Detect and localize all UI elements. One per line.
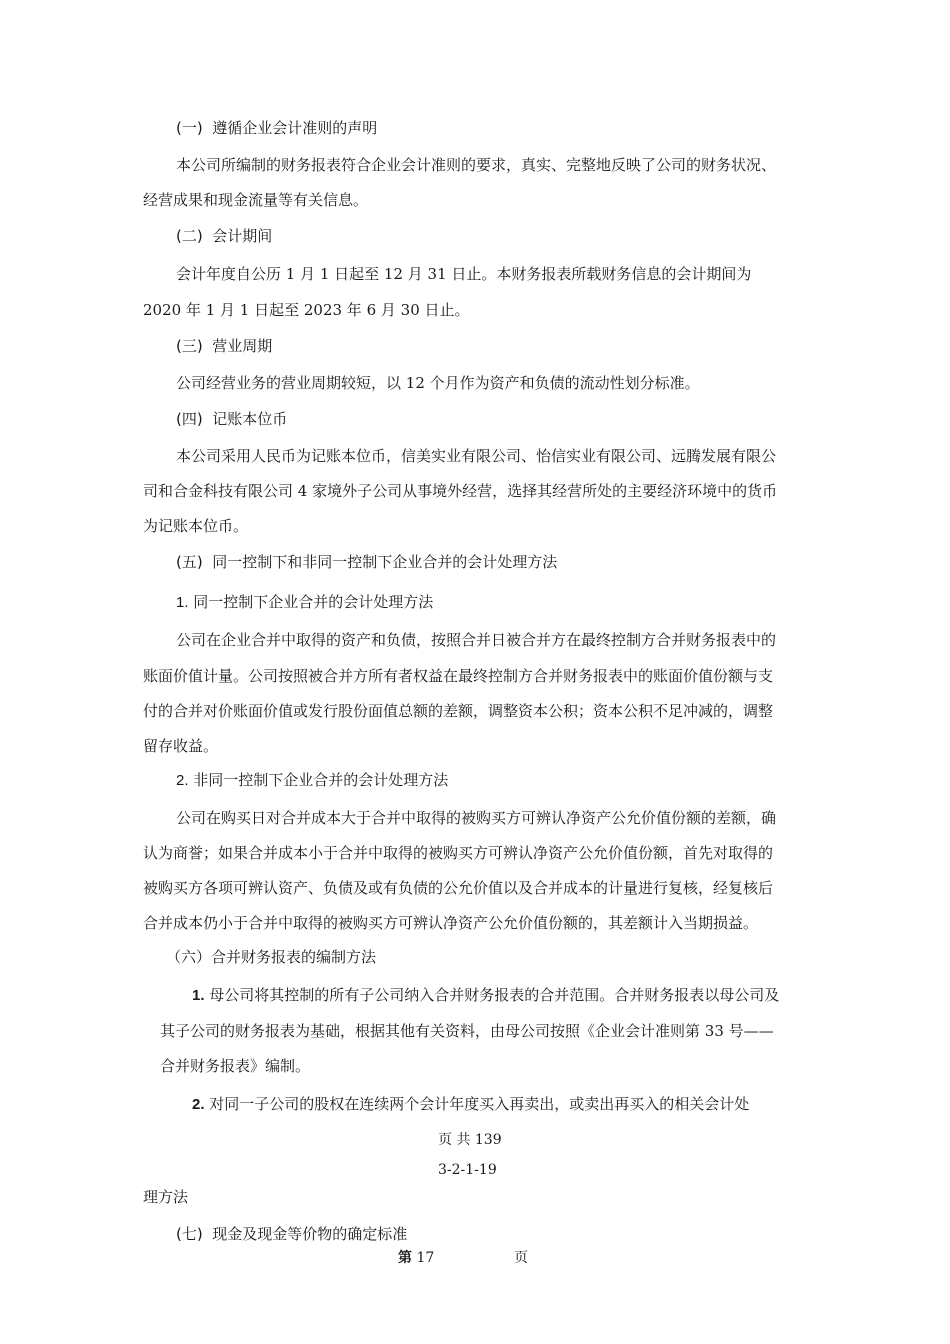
total-pages-stamp: 页 共 139 — [438, 1130, 502, 1150]
paragraph-line: 司和合金科技有限公司 4 家境外子公司从事境外经营，选择其经营所处的主要经济环境… — [143, 481, 777, 501]
heading-text: 记账本位币 — [212, 410, 287, 428]
item-text: 母公司将其控制的所有子公司纳入合并财务报表的合并范围。合并财务报表以母公司及 — [209, 986, 779, 1004]
paragraph-line: 付的合并对价账面价值或发行股份面值总额的差额，调整资本公积；资本公积不足冲减的，… — [143, 701, 773, 721]
heading-marker: (五) — [176, 553, 203, 571]
paragraph-line: 留存收益。 — [143, 736, 218, 756]
paragraph-line: 合并财务报表》编制。 — [160, 1056, 310, 1076]
section-heading-1: (一) 遵循企业会计准则的声明 — [176, 118, 377, 138]
paragraph-line: 认为商誉；如果合并成本小于合并中取得的被购买方可辨认净资产公允价值份额，首先对取… — [143, 843, 773, 863]
heading-text: 遵循企业会计准则的声明 — [212, 119, 377, 137]
item-marker: 1. — [192, 987, 205, 1004]
heading-marker: (七) — [176, 1225, 203, 1243]
item-marker: 2. — [192, 1096, 205, 1113]
subsection-marker: 1. — [176, 594, 189, 611]
paragraph-line: 理方法 — [143, 1187, 188, 1207]
section-heading-4: (四) 记账本位币 — [176, 409, 287, 429]
paragraph-line: 经营成果和现金流量等有关信息。 — [143, 190, 368, 210]
list-item-line: 2. 对同一子公司的股权在连续两个会计年度买入再卖出，或卖出再买入的相关会计处 — [192, 1094, 749, 1115]
heading-marker: (四) — [176, 410, 203, 428]
subsection-marker: 2. — [176, 772, 189, 789]
section-heading-3: (三) 营业周期 — [176, 336, 272, 356]
paragraph-line: 会计年度自公历 1 月 1 日起至 12 月 31 日止。本财务报表所载财务信息… — [176, 264, 751, 284]
paragraph-line: 本公司采用人民币为记账本位币，信美实业有限公司、怡信实业有限公司、远腾发展有限公 — [176, 446, 776, 466]
heading-marker: (二) — [176, 227, 203, 245]
paragraph-line: 本公司所编制的财务报表符合企业会计准则的要求，真实、完整地反映了公司的财务状况、 — [176, 155, 776, 175]
page-suffix: 页 — [514, 1248, 528, 1268]
paragraph-line: 2020 年 1 月 1 日起至 2023 年 6 月 30 日止。 — [143, 300, 470, 320]
page-prefix: 第 — [398, 1250, 412, 1266]
paragraph-line: 公司经营业务的营业周期较短，以 12 个月作为资产和负债的流动性划分标准。 — [176, 373, 700, 393]
paragraph-line: 公司在企业合并中取得的资产和负债，按照合并日被合并方在最终控制方合并财务报表中的 — [176, 630, 776, 650]
paragraph-line: 合并成本仍小于合并中取得的被购买方可辨认净资产公允价值份额的，其差额计入当期损益… — [143, 913, 758, 933]
paragraph-line: 账面价值计量。公司按照被合并方所有者权益在最终控制方合并财务报表中的账面价值份额… — [143, 666, 773, 686]
heading-text: 现金及现金等价物的确定标准 — [212, 1225, 407, 1243]
item-text: 对同一子公司的股权在连续两个会计年度买入再卖出，或卖出再买入的相关会计处 — [209, 1095, 749, 1113]
heading-marker: （六） — [166, 948, 211, 966]
subsection-heading-5-1: 1. 同一控制下企业合并的会计处理方法 — [176, 592, 433, 613]
page-number-value: 17 — [416, 1250, 434, 1266]
heading-text: 营业周期 — [212, 337, 272, 355]
heading-text: 同一控制下和非同一控制下企业合并的会计处理方法 — [212, 553, 557, 571]
heading-text: 合并财务报表的编制方法 — [211, 948, 376, 966]
heading-text: 会计期间 — [212, 227, 272, 245]
list-item-line: 1. 母公司将其控制的所有子公司纳入合并财务报表的合并范围。合并财务报表以母公司… — [192, 985, 779, 1006]
subsection-text: 非同一控制下企业合并的会计处理方法 — [193, 771, 448, 789]
paragraph-line: 为记账本位币。 — [143, 516, 248, 536]
heading-marker: (三) — [176, 337, 203, 355]
paragraph-line: 公司在购买日对合并成本大于合并中取得的被购买方可辨认净资产公允价值份额的差额，确 — [176, 808, 776, 828]
paragraph-line: 被购买方各项可辨认资产、负债及或有负债的公允价值以及合并成本的计量进行复核，经复… — [143, 878, 773, 898]
section-heading-5: (五) 同一控制下和非同一控制下企业合并的会计处理方法 — [176, 552, 557, 572]
paragraph-line: 其子公司的财务报表为基础，根据其他有关资料，由母公司按照《企业会计准则第 33 … — [160, 1021, 774, 1041]
section-heading-6: （六）合并财务报表的编制方法 — [166, 947, 376, 967]
subsection-text: 同一控制下企业合并的会计处理方法 — [193, 593, 433, 611]
heading-marker: (一) — [176, 119, 203, 137]
section-heading-2: (二) 会计期间 — [176, 226, 272, 246]
document-code: 3-2-1-19 — [438, 1160, 497, 1180]
subsection-heading-5-2: 2. 非同一控制下企业合并的会计处理方法 — [176, 770, 448, 791]
page-number: 第 17 — [398, 1248, 434, 1268]
section-heading-7: (七) 现金及现金等价物的确定标准 — [176, 1224, 407, 1244]
